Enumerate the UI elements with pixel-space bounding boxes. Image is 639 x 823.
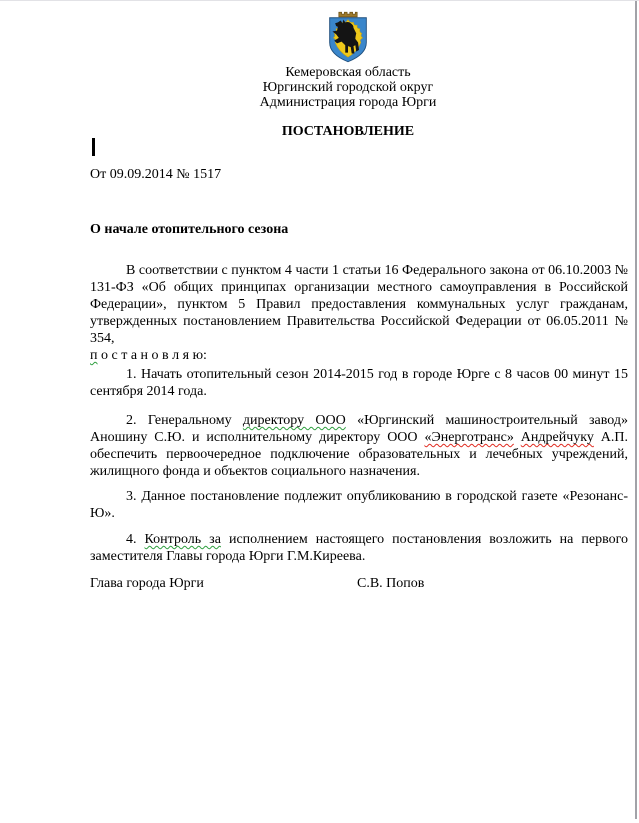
document-title: ПОСТАНОВЛЕНИЕ	[90, 123, 606, 140]
word-document-page[interactable]: Кемеровская область Юргинский городской …	[0, 0, 639, 823]
yurga-coat-of-arms-icon	[326, 9, 370, 65]
item-2-paragraph: 2. Генеральному директору ООО «Юргинский…	[90, 412, 628, 480]
item-3-paragraph: 3. Данное постановление подлежит опублик…	[90, 488, 628, 522]
preamble-paragraph: В соответствии с пунктом 4 части 1 стать…	[90, 262, 628, 347]
text-segment: Контроль за	[145, 532, 221, 547]
item-1-paragraph: 1. Начать отопительный сезон 2014-2015 г…	[90, 366, 628, 400]
text-segment: 1. Начать отопительный сезон 2014-2015 г…	[90, 367, 628, 399]
org-administration: Администрация города Юрги	[90, 95, 606, 110]
document-subject: О начале отопительного сезона	[90, 221, 288, 238]
text-segment: 4.	[126, 532, 145, 547]
text-segment: 3. Данное постановление подлежит опублик…	[90, 489, 628, 521]
signer-title: Глава города Юрги	[90, 576, 204, 591]
resolve-declaration-line: п о с т а н о в л я ю:	[90, 347, 628, 364]
document-body[interactable]: В соответствии с пунктом 4 части 1 стать…	[90, 262, 628, 565]
text-cursor	[92, 138, 95, 156]
text-segment: 2. Генеральному	[126, 413, 243, 428]
signer-name: С.В. Попов	[357, 575, 424, 592]
org-municipality: Юргинский городской округ	[90, 80, 606, 95]
text-segment: директору ООО	[243, 413, 346, 428]
date-number-line: От 09.09.2014 № 1517	[90, 166, 221, 183]
text-segment: В соответствии с пунктом 4 части 1 стать…	[90, 263, 628, 346]
page-right-edge	[635, 1, 637, 819]
crown-icon	[339, 12, 357, 17]
org-header: Кемеровская область Юргинский городской …	[90, 65, 606, 110]
text-segment	[514, 430, 521, 445]
text-segment: Андрейчуку	[521, 430, 594, 445]
text-segment: «Энерготранс»	[424, 430, 513, 445]
item-4-paragraph: 4. Контроль за исполнением настоящего по…	[90, 531, 628, 565]
text-segment: о с т а н о в л я ю:	[98, 348, 207, 363]
org-region: Кемеровская область	[90, 65, 606, 80]
signature-row: Глава города Юрги С.В. Попов	[90, 575, 628, 592]
text-segment: п	[90, 348, 98, 363]
